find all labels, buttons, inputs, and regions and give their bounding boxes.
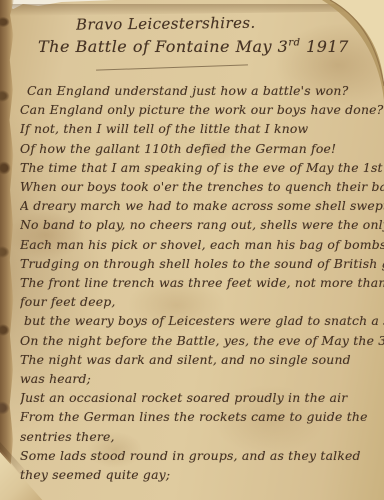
poem-line: they seemed quite gay;: [20, 465, 384, 484]
poem-line: When our boys took o'er the trenches to …: [20, 177, 384, 196]
poem-line: The front line trench was three feet wid…: [20, 273, 384, 292]
poem-line: sentries there,: [20, 427, 384, 446]
poem-line: The time that I am speaking of is the ev…: [20, 158, 384, 177]
subtitle-text: The Battle of Fontaine May 3: [38, 37, 288, 56]
poem-line: A dreary march we had to make across som…: [20, 196, 384, 215]
poem-line: Each man his pick or shovel, each man hi…: [20, 235, 384, 254]
poem-line: From the German lines the rockets came t…: [20, 407, 384, 426]
poem-body: Can England understand just how a battle…: [20, 81, 384, 484]
poem-line: Just an occasional rocket soared proudly…: [20, 388, 384, 407]
poem-line: Of how the gallant 110th defied the Germ…: [20, 139, 384, 158]
poem-line: No band to play, no cheers rang out, she…: [20, 215, 384, 234]
page-title: Bravo Leicestershires.: [76, 12, 384, 33]
poem-line: On the night before the Battle, yes, the…: [20, 331, 384, 350]
manuscript-page: { "page": { "title_line1": "Bravo Leices…: [0, 0, 384, 500]
handwritten-content: Bravo Leicestershires. The Battle of Fon…: [20, 8, 384, 484]
poem-line: Can England only picture the work our bo…: [20, 100, 384, 119]
page-subtitle: The Battle of Fontaine May 3rd 1917: [38, 37, 384, 56]
subtitle-ordinal: rd: [288, 38, 300, 49]
poem-line: was heard;: [20, 369, 384, 388]
poem-line: The night was dark and silent, and no si…: [20, 350, 384, 369]
poem-line: but the weary boys of Leicesters were gl…: [24, 311, 384, 330]
subtitle-year: 1917: [301, 37, 349, 56]
poem-line: Can England understand just how a battle…: [27, 81, 384, 100]
poem-line: If not, then I will tell of the little t…: [20, 119, 384, 138]
poem-line: Some lads stood round in groups, and as …: [20, 446, 384, 465]
title-underline: [96, 64, 248, 70]
poem-line: Trudging on through shell holes to the s…: [20, 254, 384, 273]
poem-line: four feet deep,: [20, 292, 384, 311]
